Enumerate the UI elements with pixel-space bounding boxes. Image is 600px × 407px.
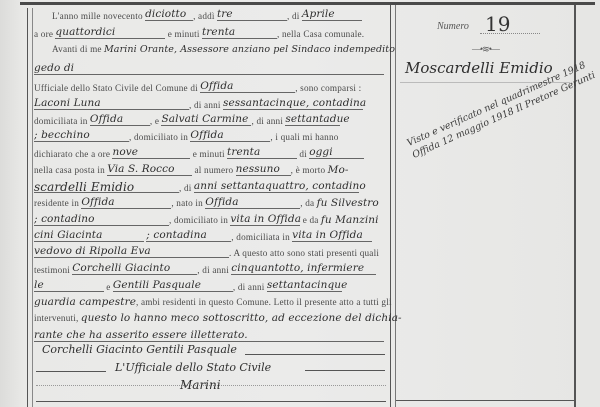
bottom-rule <box>36 401 386 402</box>
numero-label: Numero <box>437 21 469 32</box>
witness-signatures: Corchelli Giacinto Gentili Pasquale <box>42 343 237 356</box>
signature-rule-3 <box>305 370 385 371</box>
column-divider-inner <box>395 5 396 407</box>
numero-fill-line <box>480 33 540 34</box>
official-signature: Marini <box>180 378 221 392</box>
civil-record-page: Numero 19 —•≋•— Moscardelli Emidio Visto… <box>0 0 600 407</box>
column-divider <box>390 5 391 407</box>
top-border <box>20 2 595 5</box>
signature-rule-1 <box>245 354 385 355</box>
ornament-divider: —•≋•— <box>472 44 499 55</box>
record-line-4: gedo di <box>34 62 384 82</box>
record-line-1: L'anno mille novecento diciotto, addì tr… <box>52 8 362 28</box>
official-title: L'Ufficiale dello Stato Civile <box>115 361 271 374</box>
record-line-3: Avanti di me Marini Orante, Assessore an… <box>52 44 395 64</box>
record-line-2: a ore quattordici e minuti trenta, nella… <box>34 26 364 46</box>
left-border-inner <box>32 8 33 407</box>
subject-name: Moscardelli Emidio <box>405 59 553 77</box>
margin-bottom-border <box>396 400 574 401</box>
signature-rule-2 <box>36 371 106 372</box>
left-border <box>27 8 28 407</box>
